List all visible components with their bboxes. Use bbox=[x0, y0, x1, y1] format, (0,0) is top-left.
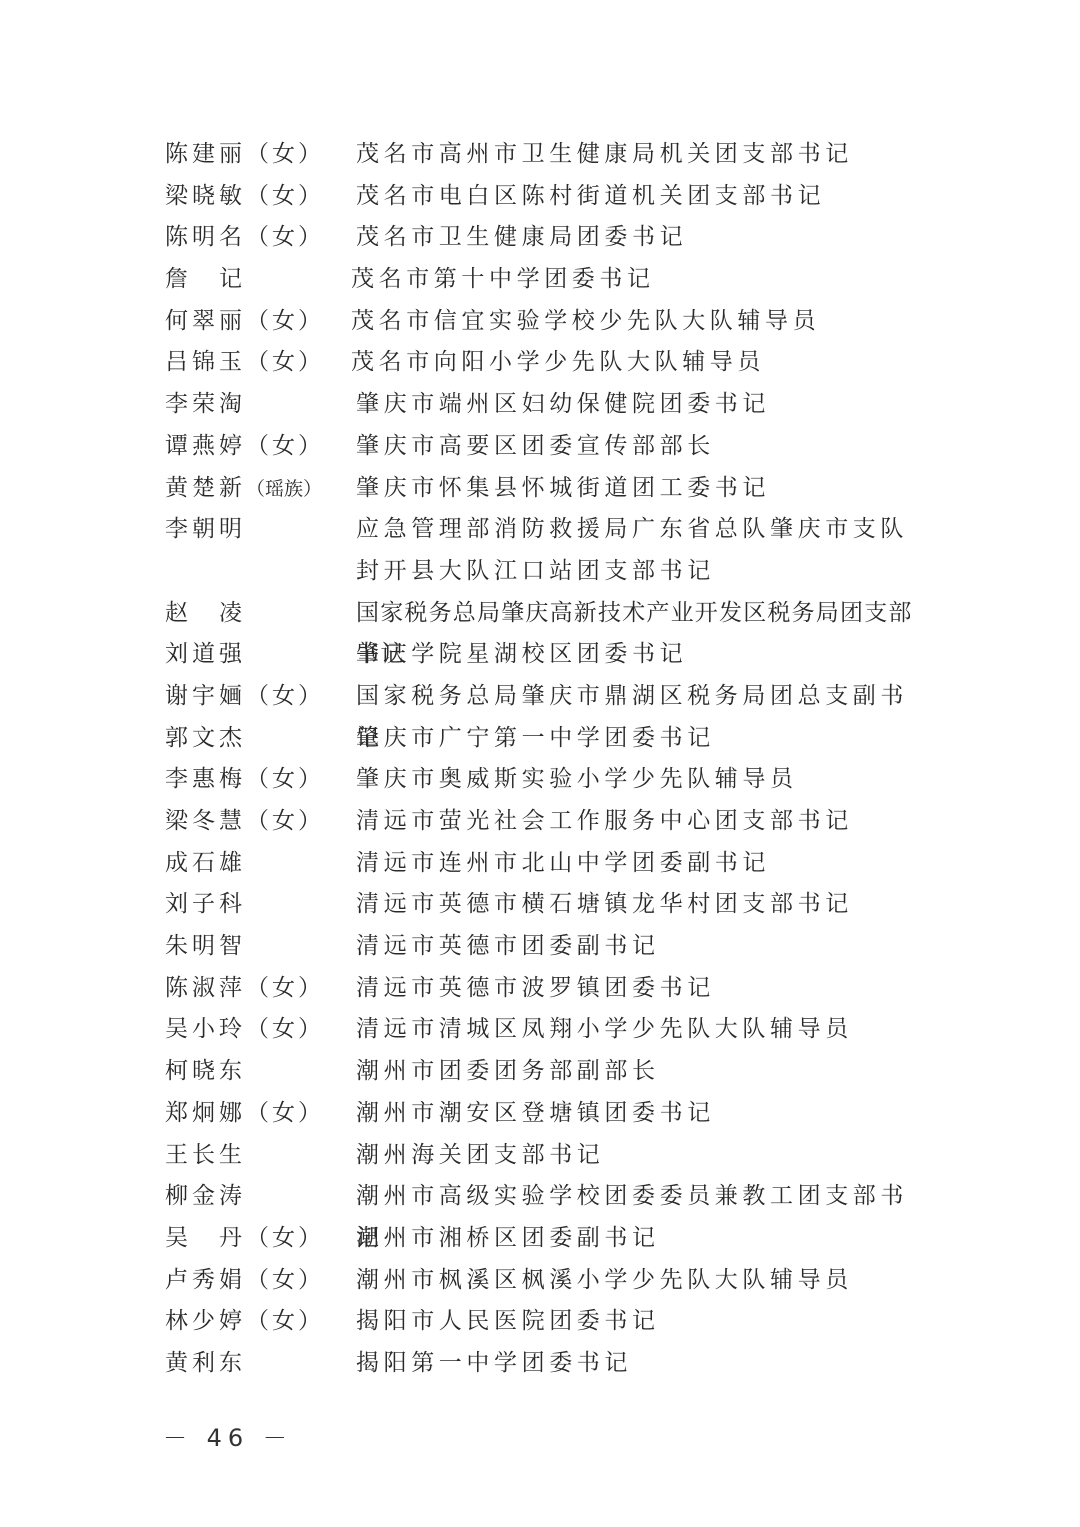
list-item: 谭燕婷（女）肇庆市高要区团委宣传部部长 bbox=[165, 426, 945, 468]
list-item: 柳金涛潮州市高级实验学校团委委员兼教工团支部书记 bbox=[165, 1176, 945, 1218]
organization-title: 茂名市卫生健康局团委书记 bbox=[356, 217, 926, 259]
person-name: 詹 记 bbox=[165, 259, 246, 301]
person-name: 吴 丹（女） bbox=[165, 1218, 324, 1260]
organization-title: 清远市连州市北山中学团委副书记 bbox=[356, 843, 926, 885]
organization-title: 潮州市枫溪区枫溪小学少先队大队辅导员 bbox=[356, 1260, 926, 1302]
person-name: 陈建丽（女） bbox=[165, 134, 324, 176]
organization-title: 茂名市电白区陈村街道机关团支部书记 bbox=[356, 176, 926, 218]
person-name: 郑炯娜（女） bbox=[165, 1093, 324, 1135]
list-item: 成石雄清远市连州市北山中学团委副书记 bbox=[165, 843, 945, 885]
page-number: － 46 － bbox=[163, 1418, 293, 1453]
organization-title: 清远市英德市团委副书记 bbox=[356, 926, 926, 968]
organization-title: 清远市英德市横石塘镇龙华村团支部书记 bbox=[356, 884, 926, 926]
person-name: 黄利东 bbox=[165, 1343, 246, 1385]
organization-title: 肇庆市高要区团委宣传部部长 bbox=[356, 426, 926, 468]
person-name: 吕锦玉（女） bbox=[165, 342, 324, 384]
person-name: 吴小玲（女） bbox=[165, 1009, 324, 1051]
list-item: 陈明名（女）茂名市卫生健康局团委书记 bbox=[165, 217, 945, 259]
organization-title: 潮州市潮安区登塘镇团委书记 bbox=[356, 1093, 926, 1135]
person-name: 李惠梅（女） bbox=[165, 759, 324, 801]
person-name: 李荣淘 bbox=[165, 384, 246, 426]
person-name: 刘子科 bbox=[165, 884, 246, 926]
person-name: 刘道强 bbox=[165, 634, 246, 676]
person-name: 谢宇婳（女） bbox=[165, 676, 324, 718]
list-item: 王长生潮州海关团支部书记 bbox=[165, 1135, 945, 1177]
organization-title: 应急管理部消防救援局广东省总队肇庆市支队封开县大队江口站团支部书记 bbox=[356, 509, 926, 592]
organization-title: 潮州海关团支部书记 bbox=[356, 1135, 926, 1177]
organization-title: 茂名市高州市卫生健康局机关团支部书记 bbox=[356, 134, 926, 176]
person-name: 陈明名（女） bbox=[165, 217, 324, 259]
person-name: 黄楚新（瑶族） bbox=[165, 468, 322, 511]
person-name: 王长生 bbox=[165, 1135, 246, 1177]
list-item: 刘子科清远市英德市横石塘镇龙华村团支部书记 bbox=[165, 884, 945, 926]
document-page: 陈建丽（女）茂名市高州市卫生健康局机关团支部书记 梁晓敏（女）茂名市电白区陈村街… bbox=[0, 0, 1080, 1527]
person-name: 卢秀娟（女） bbox=[165, 1260, 324, 1302]
list-item: 梁晓敏（女）茂名市电白区陈村街道机关团支部书记 bbox=[165, 176, 945, 218]
person-name: 陈淑萍（女） bbox=[165, 968, 324, 1010]
list-item: 卢秀娟（女）潮州市枫溪区枫溪小学少先队大队辅导员 bbox=[165, 1260, 945, 1302]
person-name: 柯晓东 bbox=[165, 1051, 246, 1093]
list-item: 朱明智清远市英德市团委副书记 bbox=[165, 926, 945, 968]
organization-title: 揭阳市人民医院团委书记 bbox=[356, 1301, 926, 1343]
organization-title: 揭阳第一中学团委书记 bbox=[356, 1343, 926, 1385]
list-item: 刘道强肇庆学院星湖校区团委书记 bbox=[165, 634, 945, 676]
list-item: 陈淑萍（女）清远市英德市波罗镇团委书记 bbox=[165, 968, 945, 1010]
organization-title: 肇庆市奥威斯实验小学少先队辅导员 bbox=[356, 759, 926, 801]
person-name: 成石雄 bbox=[165, 843, 246, 885]
organization-title: 清远市清城区凤翔小学少先队大队辅导员 bbox=[356, 1009, 926, 1051]
organization-title: 茂名市信宜实验学校少先队大队辅导员 bbox=[351, 301, 921, 343]
list-item: 吴 丹（女）潮州市湘桥区团委副书记 bbox=[165, 1218, 945, 1260]
list-item: 柯晓东潮州市团委团务部副部长 bbox=[165, 1051, 945, 1093]
list-item: 吕锦玉（女）茂名市向阳小学少先队大队辅导员 bbox=[165, 342, 945, 384]
organization-title: 清远市英德市波罗镇团委书记 bbox=[356, 968, 926, 1010]
list-item: 何翠丽（女）茂名市信宜实验学校少先队大队辅导员 bbox=[165, 301, 945, 343]
list-item: 詹 记茂名市第十中学团委书记 bbox=[165, 259, 945, 301]
list-item: 郑炯娜（女）潮州市潮安区登塘镇团委书记 bbox=[165, 1093, 945, 1135]
organization-title: 清远市萤光社会工作服务中心团支部书记 bbox=[356, 801, 926, 843]
person-name: 郭文杰 bbox=[165, 718, 246, 760]
person-name: 林少婷（女） bbox=[165, 1301, 324, 1343]
person-name: 梁冬慧（女） bbox=[165, 801, 324, 843]
organization-title: 肇庆学院星湖校区团委书记 bbox=[356, 634, 926, 676]
list-item: 林少婷（女）揭阳市人民医院团委书记 bbox=[165, 1301, 945, 1343]
person-name: 梁晓敏（女） bbox=[165, 176, 324, 218]
person-name: 朱明智 bbox=[165, 926, 246, 968]
person-name: 柳金涛 bbox=[165, 1176, 246, 1218]
person-name: 何翠丽（女） bbox=[165, 301, 324, 343]
organization-title: 潮州市团委团务部副部长 bbox=[356, 1051, 926, 1093]
list-item: 李惠梅（女）肇庆市奥威斯实验小学少先队辅导员 bbox=[165, 759, 945, 801]
organization-title: 茂名市向阳小学少先队大队辅导员 bbox=[351, 342, 921, 384]
person-name: 谭燕婷（女） bbox=[165, 426, 324, 468]
organization-title: 肇庆市广宁第一中学团委书记 bbox=[356, 718, 926, 760]
organization-title: 肇庆市端州区妇幼保健院团委书记 bbox=[356, 384, 926, 426]
list-item: 谢宇婳（女）国家税务总局肇庆市鼎湖区税务局团总支副书记 bbox=[165, 676, 945, 718]
organization-title: 潮州市湘桥区团委副书记 bbox=[356, 1218, 926, 1260]
list-item: 李荣淘肇庆市端州区妇幼保健院团委书记 bbox=[165, 384, 945, 426]
list-item: 赵 凌国家税务总局肇庆高新技术产业开发区税务局团支部书记 bbox=[165, 593, 945, 635]
person-name: 赵 凌 bbox=[165, 593, 246, 635]
organization-title: 茂名市第十中学团委书记 bbox=[351, 259, 921, 301]
organization-title: 肇庆市怀集县怀城街道团工委书记 bbox=[356, 468, 926, 510]
person-name: 李朝明 bbox=[165, 509, 246, 551]
list-item: 吴小玲（女）清远市清城区凤翔小学少先队大队辅导员 bbox=[165, 1009, 945, 1051]
list-item: 陈建丽（女）茂名市高州市卫生健康局机关团支部书记 bbox=[165, 134, 945, 176]
honoree-list: 陈建丽（女）茂名市高州市卫生健康局机关团支部书记 梁晓敏（女）茂名市电白区陈村街… bbox=[165, 134, 945, 1385]
list-item: 梁冬慧（女）清远市萤光社会工作服务中心团支部书记 bbox=[165, 801, 945, 843]
list-item: 郭文杰肇庆市广宁第一中学团委书记 bbox=[165, 718, 945, 760]
list-item: 黄利东揭阳第一中学团委书记 bbox=[165, 1343, 945, 1385]
list-item: 黄楚新（瑶族）肇庆市怀集县怀城街道团工委书记 bbox=[165, 468, 945, 510]
list-item: 李朝明应急管理部消防救援局广东省总队肇庆市支队封开县大队江口站团支部书记 bbox=[165, 509, 945, 592]
